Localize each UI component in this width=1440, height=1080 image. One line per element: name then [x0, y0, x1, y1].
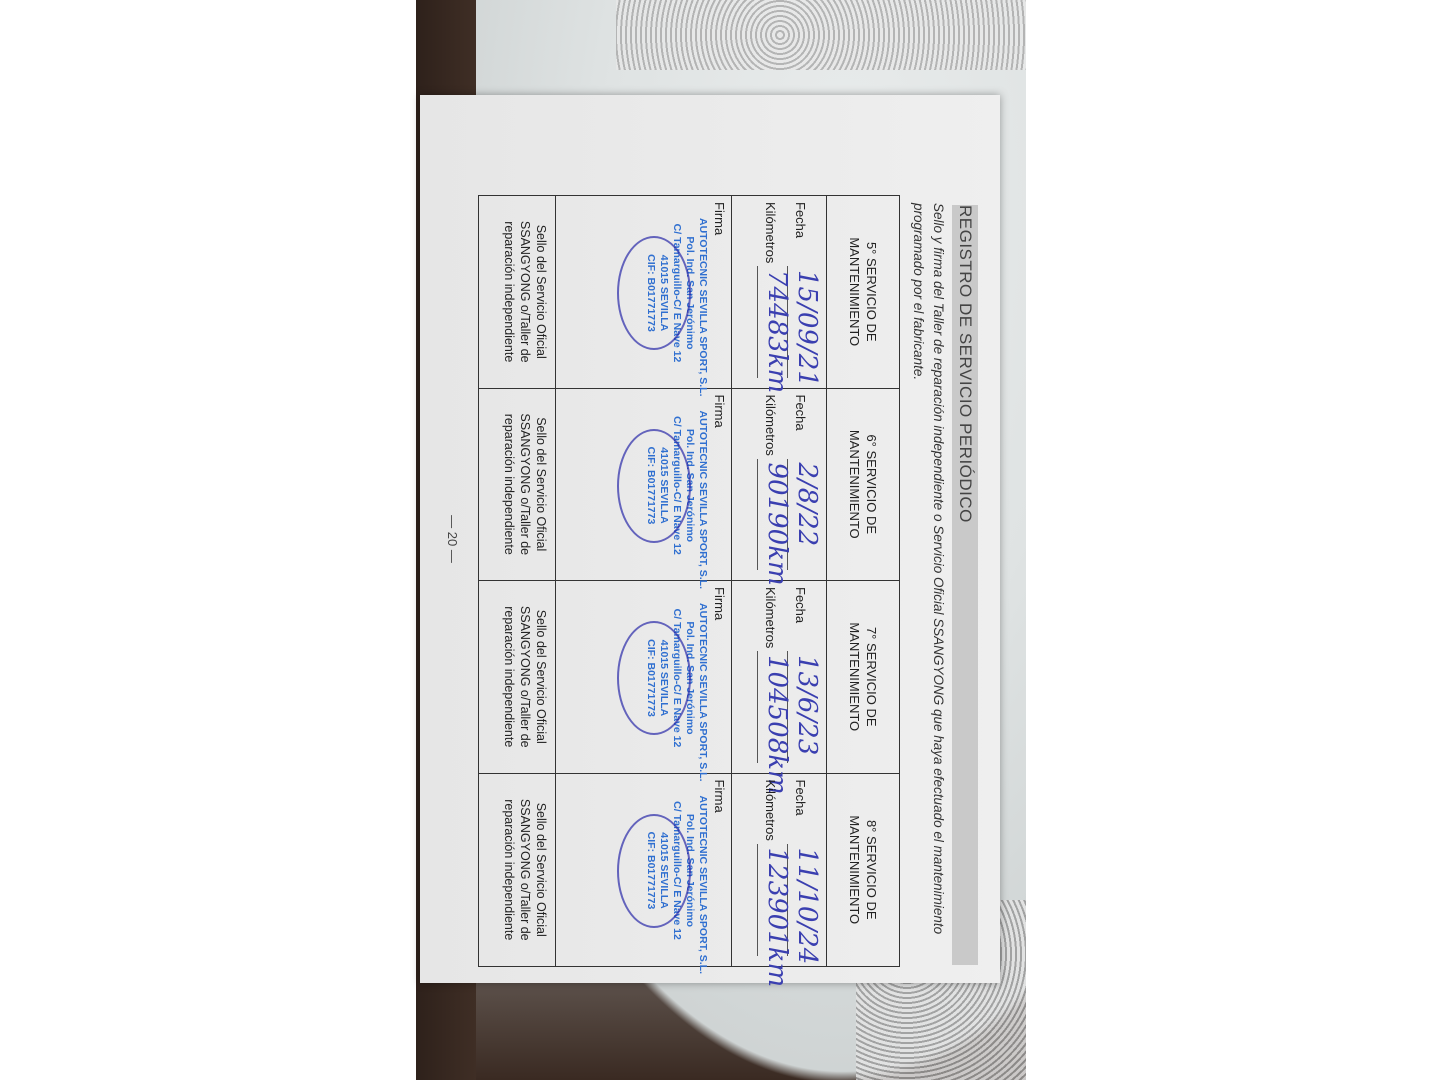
service-title: 6° SERVICIO DEMANTENIMIENTO [826, 389, 899, 581]
fecha-label: Fecha [793, 780, 808, 816]
fecha-label: Fecha [793, 587, 808, 623]
page-number: — 20 — [445, 95, 460, 983]
firma-label: Firma [712, 202, 727, 235]
stamp-line: AUTOTECNIC SEVILLA SPORT, S.L. [696, 603, 709, 753]
firma-section: Firma AUTOTECNIC SEVILLA SPORT, S.L.Pol.… [591, 196, 732, 388]
service-cell: 8° SERVICIO DEMANTENIMIENTO Fecha 11/10/… [479, 774, 899, 967]
signature-scribble [617, 429, 691, 543]
sello-caption: Sello del Servicio OficialSSANGYONG o/Ta… [479, 774, 556, 967]
page-title: REGISTRO DE SERVICIO PERIÓDICO [955, 205, 975, 523]
fecha-value: 15/09/21 [792, 270, 822, 387]
sello-caption: Sello del Servicio OficialSSANGYONG o/Ta… [479, 581, 556, 773]
stamp-line: AUTOTECNIC SEVILLA SPORT, S.L. [696, 218, 709, 368]
service-table: 5° SERVICIO DEMANTENIMIENTO Fecha 15/09/… [478, 195, 900, 967]
stamp-line: AUTOTECNIC SEVILLA SPORT, S.L. [696, 411, 709, 561]
kilometros-value: 74483km [762, 270, 792, 393]
kilometros-row: Kilómetros 74483km [754, 196, 778, 388]
fecha-value: 2/8/22 [792, 463, 822, 547]
firma-label: Firma [712, 395, 727, 428]
service-title: 7° SERVICIO DEMANTENIMIENTO [826, 581, 899, 773]
service-cell: 7° SERVICIO DEMANTENIMIENTO Fecha 13/6/2… [479, 581, 899, 774]
service-title: 8° SERVICIO DEMANTENIMIENTO [826, 774, 899, 967]
firma-section: Firma AUTOTECNIC SEVILLA SPORT, S.L.Pol.… [591, 581, 732, 773]
firma-label: Firma [712, 587, 727, 620]
intro-text: Sello y firma del Taller de reparación i… [908, 203, 948, 963]
kilometros-row: Kilómetros 104508km [754, 581, 778, 773]
fecha-label: Fecha [793, 202, 808, 238]
fecha-label: Fecha [793, 395, 808, 431]
service-booklet-page: REGISTRO DE SERVICIO PERIÓDICO Sello y f… [420, 95, 1000, 983]
kilometros-label: Kilómetros [763, 395, 778, 456]
firma-label: Firma [712, 780, 727, 813]
signature-scribble [617, 621, 691, 735]
stamp-line: AUTOTECNIC SEVILLA SPORT, S.L. [696, 796, 709, 946]
signature-scribble [617, 236, 691, 350]
kilometros-value: 90190km [762, 463, 792, 586]
firma-section: Firma AUTOTECNIC SEVILLA SPORT, S.L.Pol.… [591, 774, 732, 967]
fecha-value: 13/6/23 [792, 655, 822, 755]
kilometros-label: Kilómetros [763, 780, 778, 841]
lace-top [616, 0, 1026, 70]
kilometros-row: Kilómetros 90190km [754, 389, 778, 581]
signature-scribble [617, 814, 691, 928]
kilometros-value: 123901km [762, 848, 792, 988]
fecha-value: 11/10/24 [792, 848, 822, 965]
service-title: 5° SERVICIO DEMANTENIMIENTO [826, 196, 899, 388]
kilometros-row: Kilómetros 123901km [754, 774, 778, 967]
sello-caption: Sello del Servicio OficialSSANGYONG o/Ta… [479, 196, 556, 388]
kilometros-label: Kilómetros [763, 202, 778, 263]
firma-section: Firma AUTOTECNIC SEVILLA SPORT, S.L.Pol.… [591, 389, 732, 581]
sello-caption: Sello del Servicio OficialSSANGYONG o/Ta… [479, 389, 556, 581]
kilometros-label: Kilómetros [763, 587, 778, 648]
service-cell: 5° SERVICIO DEMANTENIMIENTO Fecha 15/09/… [479, 196, 899, 389]
service-cell: 6° SERVICIO DEMANTENIMIENTO Fecha 2/8/22… [479, 389, 899, 582]
